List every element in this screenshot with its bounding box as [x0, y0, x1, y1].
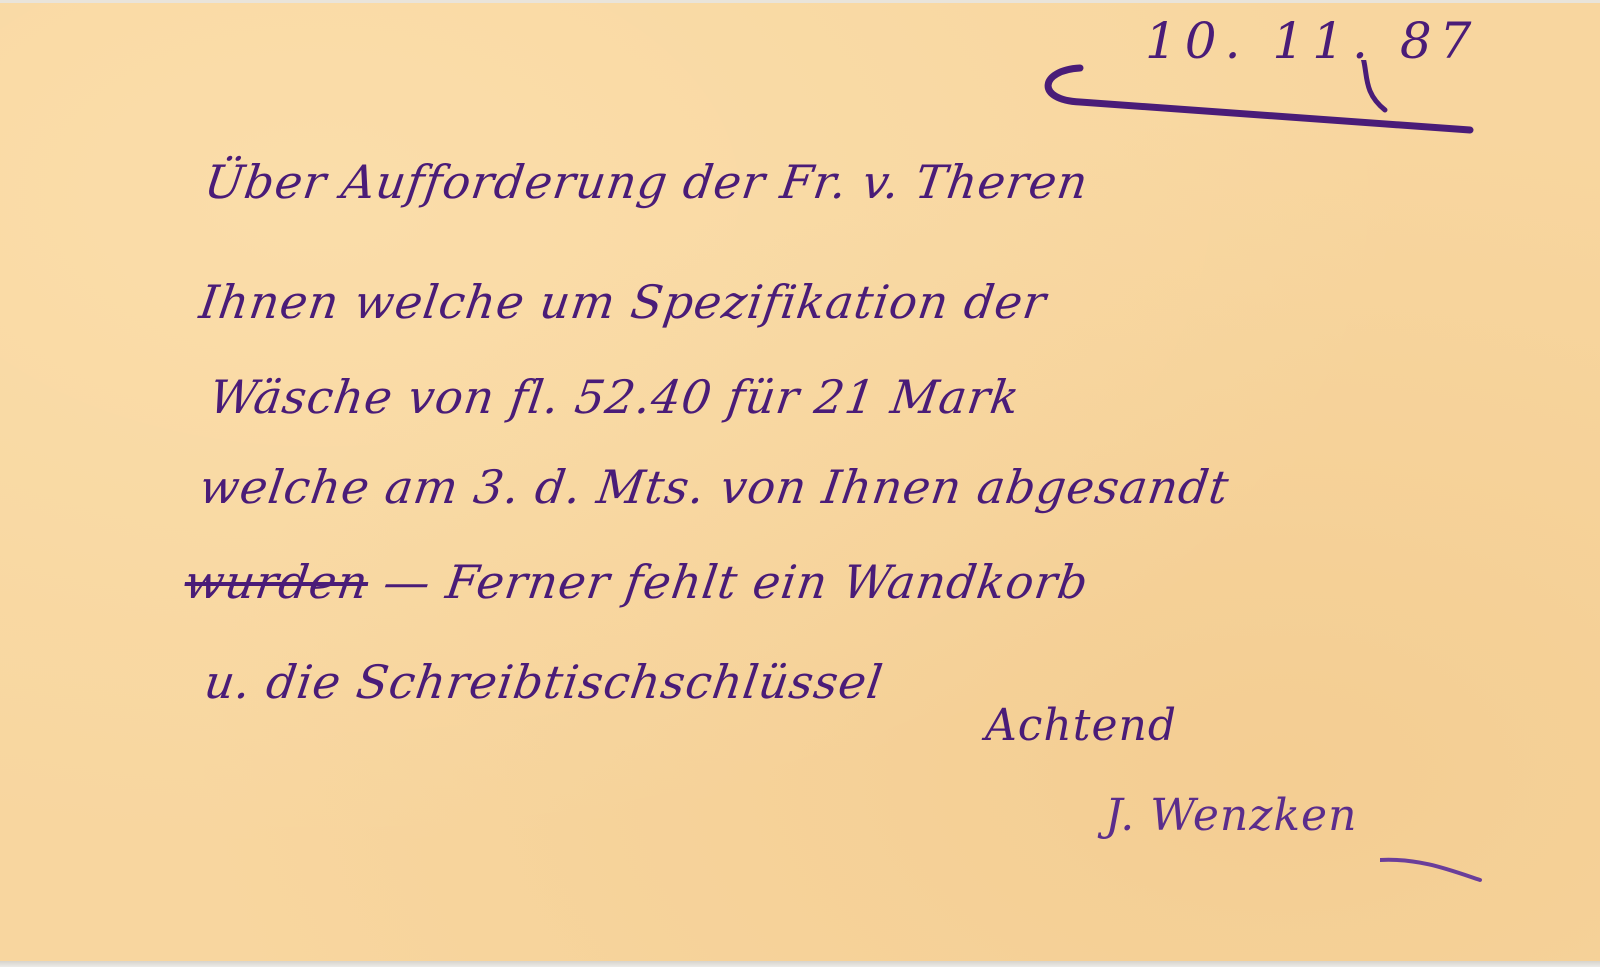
- signature: J. Wenzken: [1105, 790, 1357, 841]
- body-line-5: wurden — Ferner fehlt ein Wandkorb: [181, 555, 1092, 609]
- struck-word: wurden: [181, 555, 372, 609]
- closing: Achtend: [985, 700, 1177, 751]
- date-underline-flourish: [1040, 60, 1500, 140]
- card-bottom-edge: [0, 961, 1600, 967]
- body-line-5-text: — Ferner fehlt ein Wandkorb: [380, 555, 1092, 609]
- signature-flourish: [1380, 840, 1500, 890]
- body-line-3: Wäsche von fl. 52.40 für 21 Mark: [206, 370, 1023, 424]
- body-line-6: u. die Schreibtischschlüssel: [201, 655, 886, 709]
- card-top-edge: [0, 0, 1600, 3]
- body-line-4: welche am 3. d. Mts. von Ihnen abgesandt: [196, 460, 1232, 514]
- body-line-1: Über Aufforderung der Fr. v. Theren: [201, 155, 1092, 209]
- body-line-2: Ihnen welche um Spezifikation der: [196, 275, 1050, 329]
- postcard: 10. 11. 87 Über Aufforderung der Fr. v. …: [0, 0, 1600, 967]
